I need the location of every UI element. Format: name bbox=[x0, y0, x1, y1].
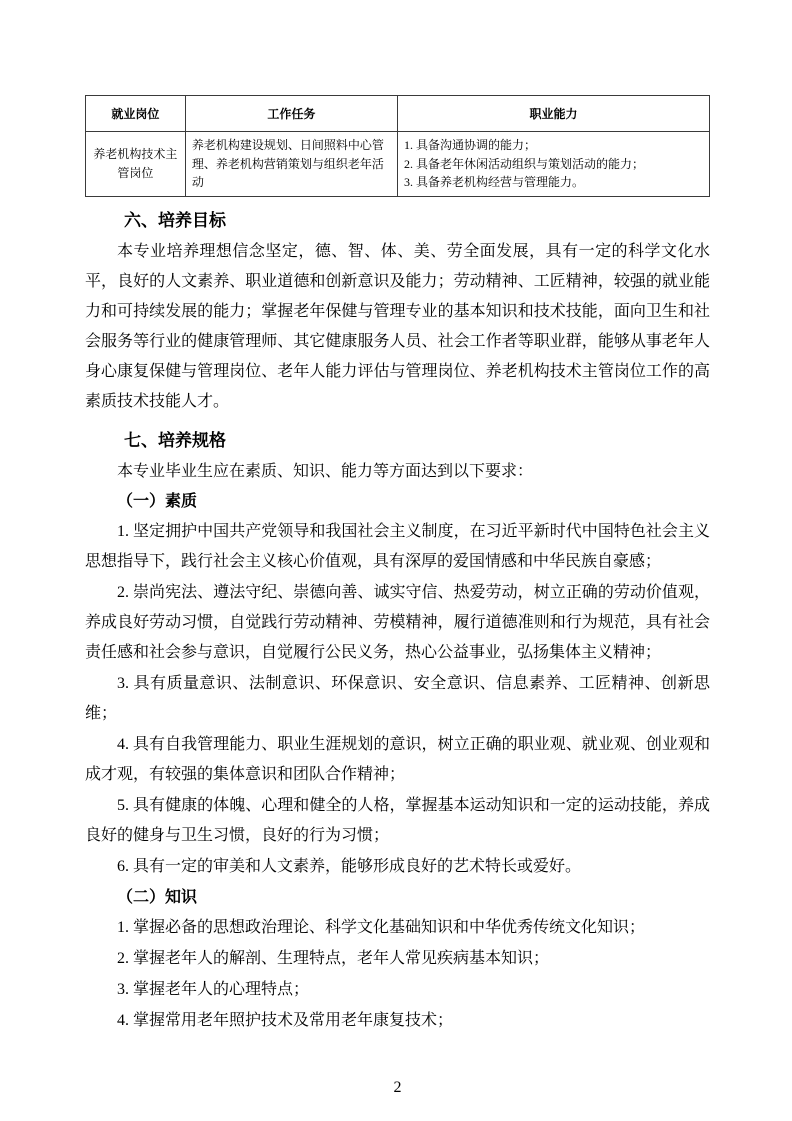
section-heading-training-objectives: 六、培养目标 bbox=[85, 208, 710, 234]
subsection-heading-knowledge: （二）知识 bbox=[85, 883, 710, 913]
training-objectives-paragraph: 本专业培养理想信念坚定，德、智、体、美、劳全面发展，具有一定的科学文化水平，良好… bbox=[85, 237, 710, 417]
section-heading-training-specs: 七、培养规格 bbox=[85, 428, 710, 454]
ability-line: 2. 具备老年休闲活动组织与策划活动的能力； bbox=[404, 155, 703, 174]
knowledge-item-3: 3. 掌握老年人的心理特点； bbox=[85, 975, 710, 1005]
knowledge-item-4: 4. 掌握常用老年照护技术及常用老年康复技术； bbox=[85, 1006, 710, 1036]
knowledge-item-1: 1. 掌握必备的思想政治理论、科学文化基础知识和中华优秀传统文化知识； bbox=[85, 913, 710, 943]
column-header-position: 就业岗位 bbox=[86, 96, 186, 132]
column-header-tasks: 工作任务 bbox=[185, 96, 397, 132]
table-row: 养老机构技术主管岗位 养老机构建设规划、日间照料中心管理、养老机构营销策划与组织… bbox=[86, 132, 710, 197]
knowledge-item-2: 2. 掌握老年人的解剖、生理特点，老年人常见疾病基本知识； bbox=[85, 944, 710, 974]
quality-item-1: 1. 坚定拥护中国共产党领导和我国社会主义制度，在习近平新时代中国特色社会主义思… bbox=[85, 517, 710, 577]
cell-tasks: 养老机构建设规划、日间照料中心管理、养老机构营销策划与组织老年活动 bbox=[185, 132, 397, 197]
quality-item-2: 2. 崇尚宪法、遵法守纪、崇德向善、诚实守信、热爱劳动，树立正确的劳动价值观，养… bbox=[85, 578, 710, 668]
column-header-abilities: 职业能力 bbox=[397, 96, 709, 132]
cell-position: 养老机构技术主管岗位 bbox=[86, 132, 186, 197]
ability-line: 3. 具备养老机构经营与管理能力。 bbox=[404, 173, 703, 192]
quality-item-3: 3. 具有质量意识、法制意识、环保意识、安全意识、信息素养、工匠精神、创新思维； bbox=[85, 669, 710, 729]
training-specs-intro: 本专业毕业生应在素质、知识、能力等方面达到以下要求： bbox=[85, 457, 710, 487]
quality-item-6: 6. 具有一定的审美和人文素养，能够形成良好的艺术特长或爱好。 bbox=[85, 852, 710, 882]
table-header-row: 就业岗位 工作任务 职业能力 bbox=[86, 96, 710, 132]
employment-positions-table: 就业岗位 工作任务 职业能力 养老机构技术主管岗位 养老机构建设规划、日间照料中… bbox=[85, 95, 710, 197]
subsection-heading-quality: （一）素质 bbox=[85, 487, 710, 517]
quality-item-4: 4. 具有自我管理能力、职业生涯规划的意识，树立正确的职业观、就业观、创业观和成… bbox=[85, 730, 710, 790]
ability-line: 1. 具备沟通协调的能力； bbox=[404, 136, 703, 155]
cell-abilities: 1. 具备沟通协调的能力； 2. 具备老年休闲活动组织与策划活动的能力； 3. … bbox=[397, 132, 709, 197]
quality-item-5: 5. 具有健康的体魄、心理和健全的人格，掌握基本运动知识和一定的运动技能，养成良… bbox=[85, 791, 710, 851]
page-number: 2 bbox=[85, 1078, 710, 1098]
document-page: 就业岗位 工作任务 职业能力 养老机构技术主管岗位 养老机构建设规划、日间照料中… bbox=[0, 0, 792, 1121]
